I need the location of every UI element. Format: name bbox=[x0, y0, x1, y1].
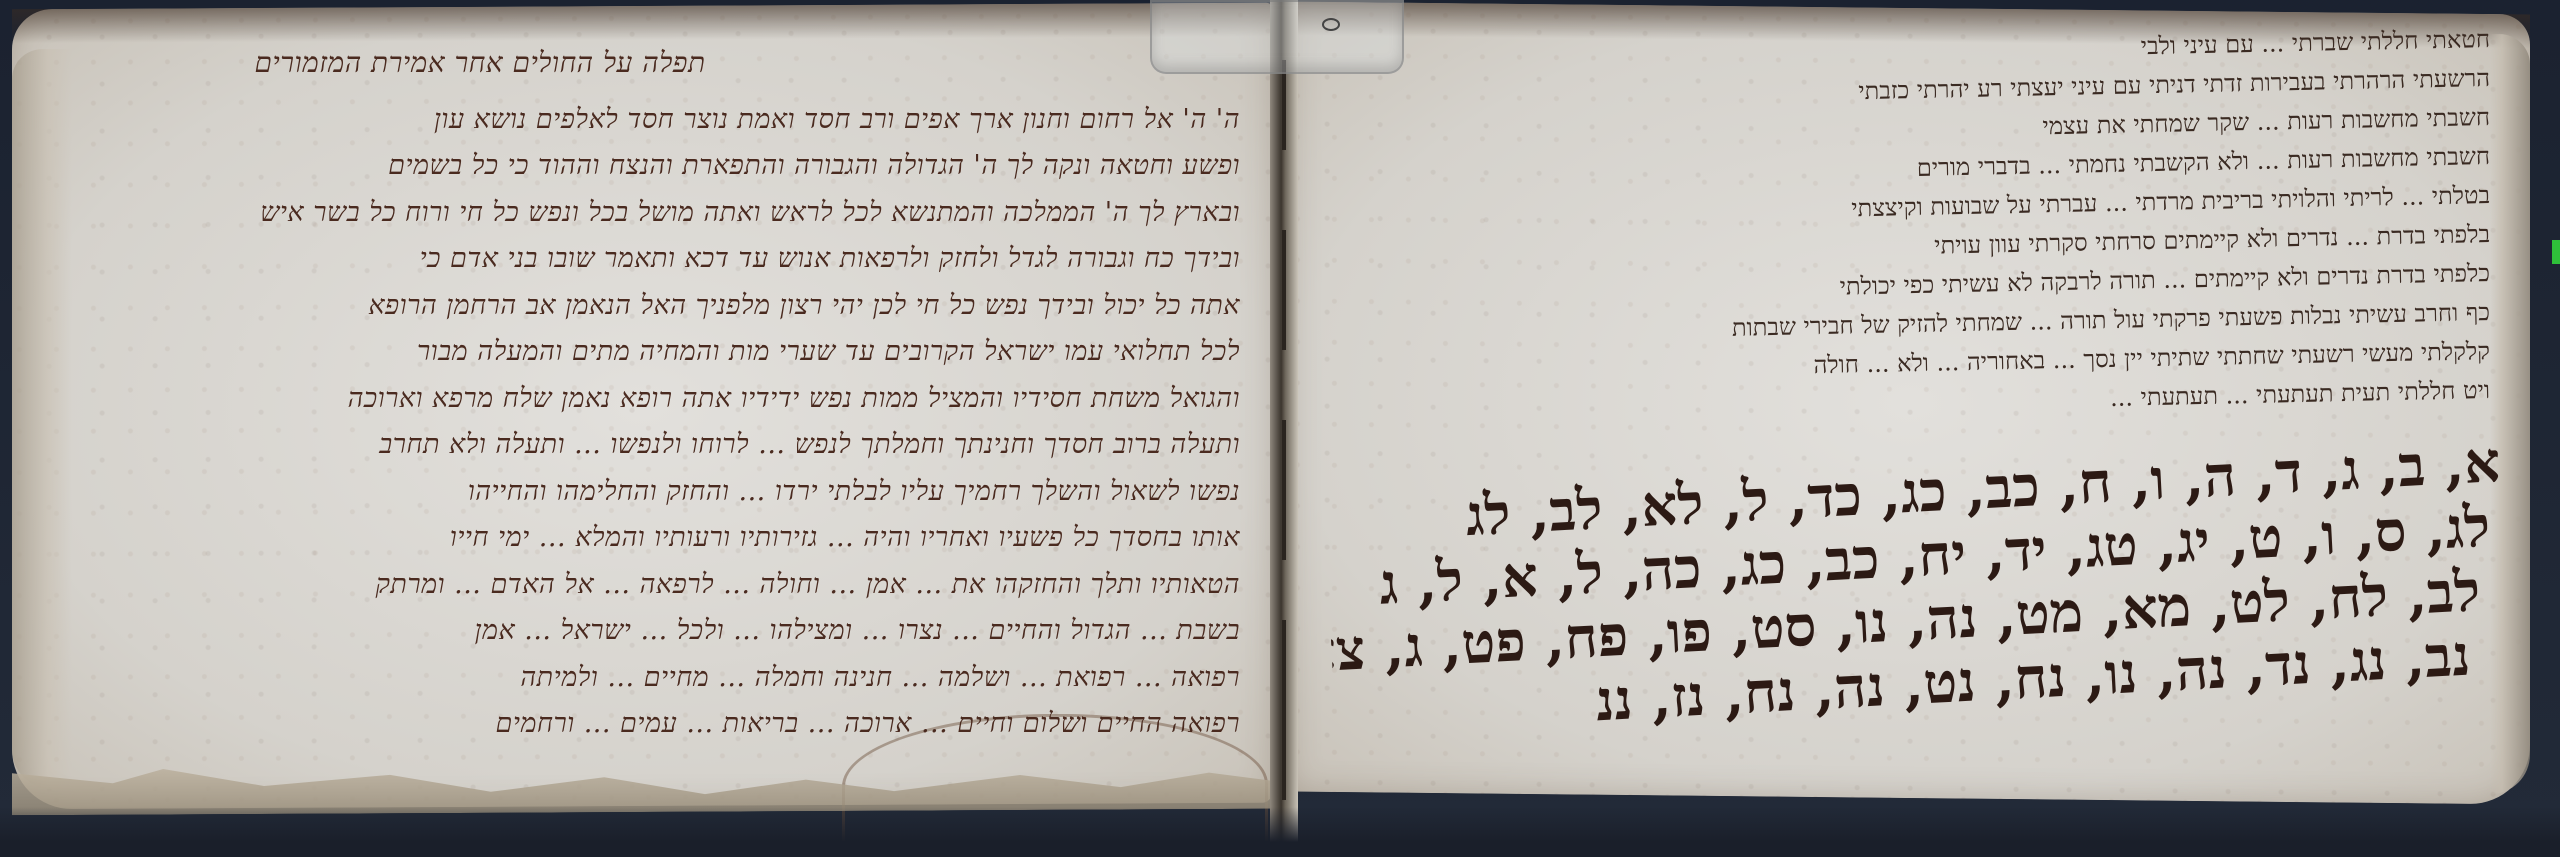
text-line: נפשו לשאול והשלך רחמיך עליו לבלתי ירדו .… bbox=[60, 469, 1240, 516]
binding-thread bbox=[1282, 230, 1286, 350]
text-line: ותעלה ברוב חסדך וחנינתך וחמלתך לנפש ... … bbox=[60, 422, 1240, 469]
text-line: רפואה החיים ושלום וחיים ... ארוכה ... בר… bbox=[60, 701, 1240, 748]
right-page-text: חטאתי חללתי שברתי ... עם עיני ולבי הרשעת… bbox=[1380, 20, 2490, 410]
left-page-heading: תפלה על החולים אחר אמירת המזמורים bbox=[60, 40, 1240, 87]
text-line: רפואה ... רפואת ... ושלמה ... חנינה וחמל… bbox=[60, 655, 1240, 702]
binding-thread bbox=[1282, 620, 1286, 800]
text-line: ה' ה' אל רחום וחנון ארך אפים ורב חסד ואמ… bbox=[60, 97, 1240, 144]
left-page-top-shadow bbox=[12, 3, 1272, 44]
text-line: לכל תחלואי עמו ישראל הקרובים עד שערי מות… bbox=[60, 329, 1240, 376]
numeral-list: א, ב, ג, ד, ה, ו, ח, כב, כג, כד, ל, לא, … bbox=[1330, 430, 2500, 686]
text-line: ובידך כח וגבורה לגדל ולחזק ולרפאות אנוש … bbox=[60, 236, 1240, 283]
left-page-text: תפלה על החולים אחר אמירת המזמורים ה' ה' … bbox=[60, 40, 1240, 748]
text-line: אתה כל יכול ובידך נפש כל חי לכן יהי רצון… bbox=[60, 283, 1240, 330]
text-line: והגואל משחת חסידיו והמציל ממות נפש ידידי… bbox=[60, 376, 1240, 423]
binding-thread bbox=[1282, 420, 1286, 560]
manuscript-photo: תפלה על החולים אחר אמירת המזמורים ה' ה' … bbox=[0, 0, 2560, 857]
text-line: ובארץ לך ה' הממלכה והמתנשא לכל לראש ואתה… bbox=[60, 190, 1240, 237]
text-line: ופשע וחטאה ונקה לך ה' הגדולה והגבורה והת… bbox=[60, 143, 1240, 190]
dark-background-bottom bbox=[0, 807, 2560, 857]
bookmark-tab bbox=[2552, 240, 2560, 264]
clip-ring-icon bbox=[1322, 18, 1340, 31]
text-line: אותו בחסדך כל פשעיו ואחריו והיה ... גזיר… bbox=[60, 515, 1240, 562]
text-line: בשבת ... הגדול והחיים ... נצרו ... ומציל… bbox=[60, 608, 1240, 655]
text-line: הטאותיו ותלך והחזקהו את ... אמן ... וחול… bbox=[60, 562, 1240, 609]
